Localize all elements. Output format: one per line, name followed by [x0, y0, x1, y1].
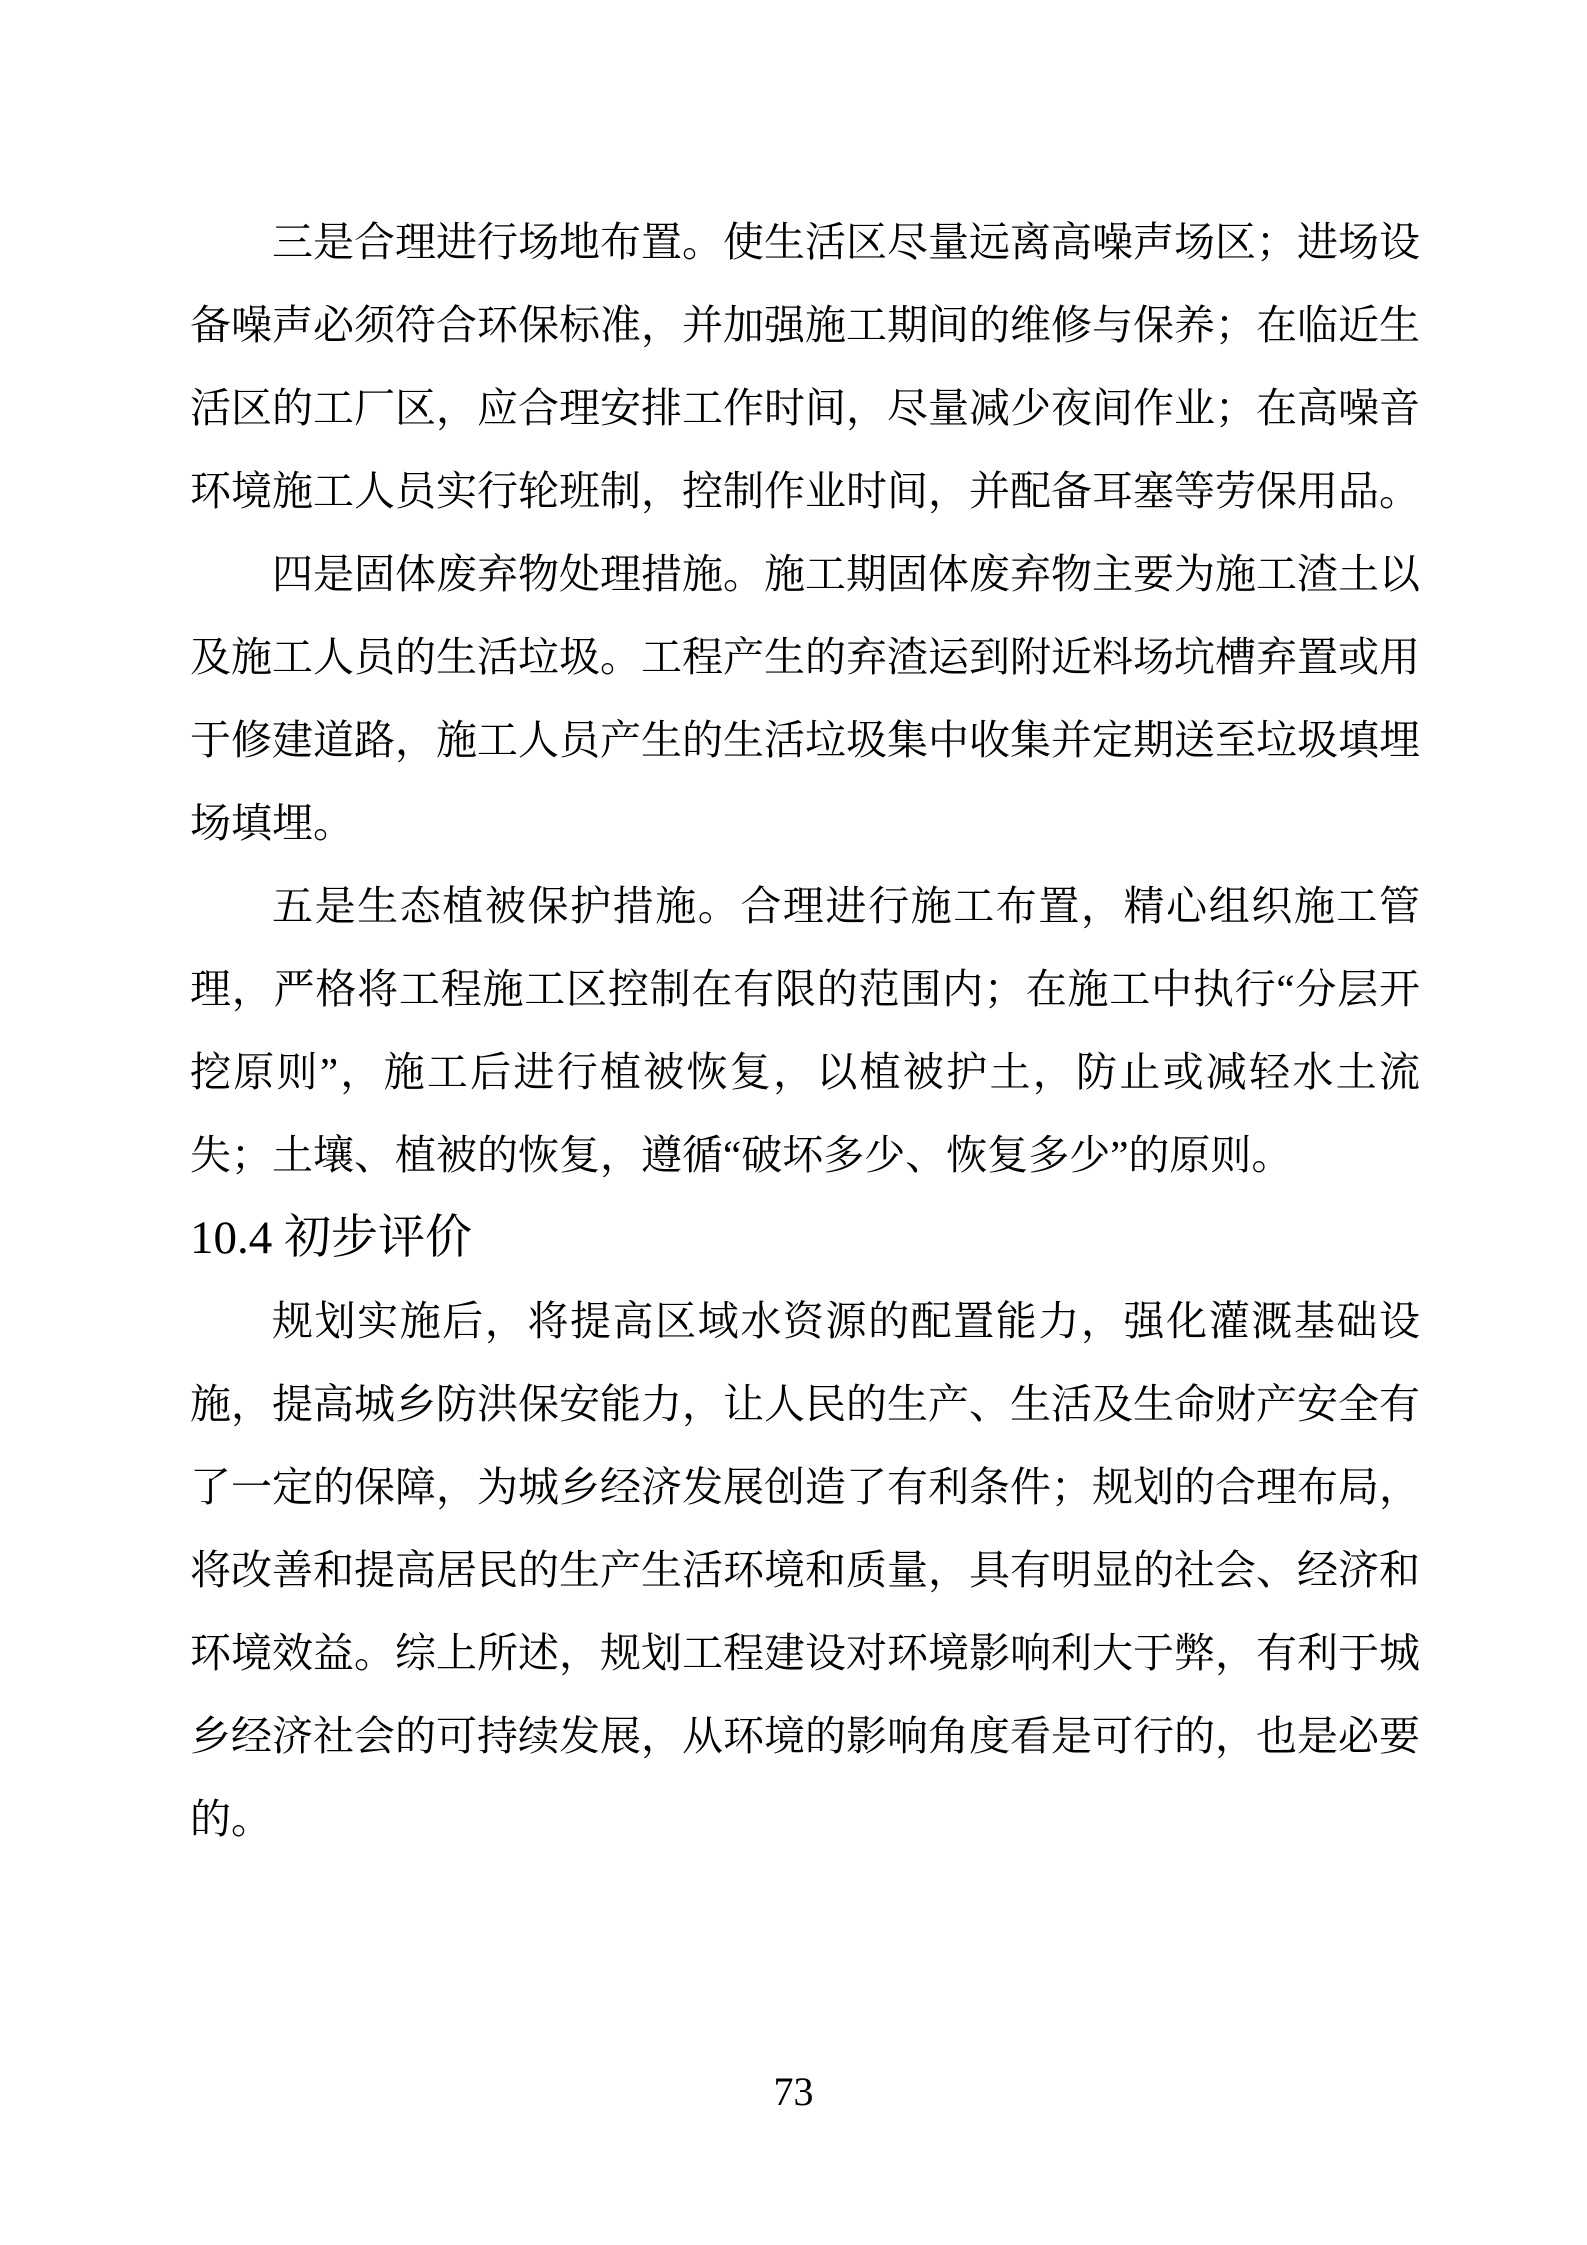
- paragraph-solid-waste-measures: 四是固体废弃物处理措施。施工期固体废弃物主要为施工渣土以及施工人员的生活垃圾。工…: [190, 533, 1420, 865]
- page-footer: 73: [0, 2072, 1587, 2112]
- paragraph-vegetation-protection-measures: 五是生态植被保护措施。合理进行施工布置，精心组织施工管理，严格将工程施工区控制在…: [190, 865, 1420, 1197]
- paragraph-preliminary-evaluation: 规划实施后，将提高区域水资源的配置能力，强化灌溉基础设施，提高城乡防洪保安能力，…: [190, 1280, 1420, 1861]
- document-body: 三是合理进行场地布置。使生活区尽量远离高噪声场区；进场设备噪声必须符合环保标准，…: [190, 201, 1420, 1861]
- paragraph-site-layout-noise-measures: 三是合理进行场地布置。使生活区尽量远离高噪声场区；进场设备噪声必须符合环保标准，…: [190, 201, 1420, 533]
- document-page: 三是合理进行场地布置。使生活区尽量远离高噪声场区；进场设备噪声必须符合环保标准，…: [0, 0, 1587, 2245]
- page-number: 73: [774, 2069, 814, 2114]
- section-heading-10-4: 10.4 初步评价: [190, 1197, 1420, 1280]
